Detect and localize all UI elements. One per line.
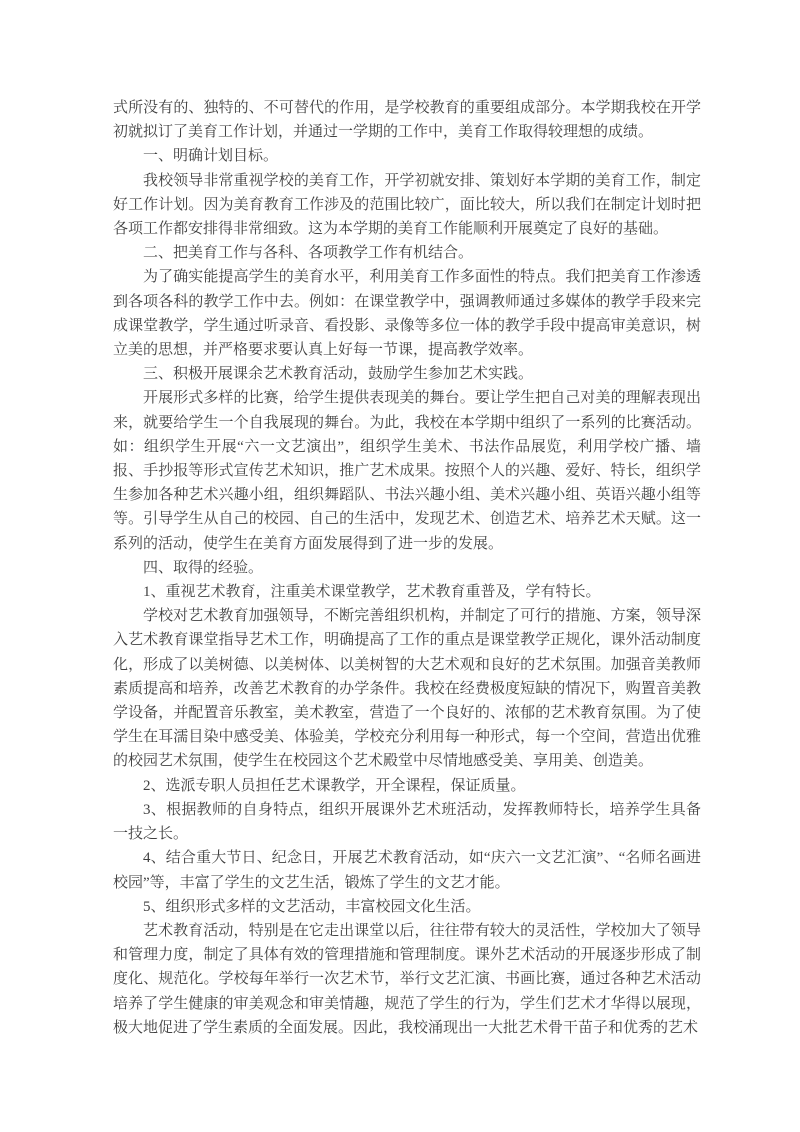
heading-section-3: 三、积极开展课余艺术教育活动，鼓励学生参加艺术实践。 bbox=[113, 362, 701, 386]
paragraph-continuation: 式所没有的、独特的、不可替代的作用，是学校教育的重要组成部分。本学期我校在开学初… bbox=[113, 96, 701, 144]
list-item-2: 2、选派专职人员担任艺术课教学，开全课程，保证质量。 bbox=[113, 774, 701, 798]
list-item-1: 1、重视艺术教育，注重美术课堂教学，艺术教育重普及，学有特长。 bbox=[113, 580, 701, 604]
paragraph-closing: 艺术教育活动，特别是在它走出课堂以后，往往带有较大的灵活性，学校加大了领导和管理… bbox=[113, 919, 701, 1040]
heading-section-1: 一、明确计划目标。 bbox=[113, 144, 701, 168]
paragraph: 为了确实能提高学生的美育水平，利用美育工作多面性的特点。我们把美育工作渗透到各项… bbox=[113, 265, 701, 362]
document-body: 式所没有的、独特的、不可替代的作用，是学校教育的重要组成部分。本学期我校在开学初… bbox=[113, 96, 701, 1040]
paragraph: 开展形式多样的比赛，给学生提供表现美的舞台。要让学生把自己对美的理解表现出来，就… bbox=[113, 386, 701, 555]
heading-section-4: 四、取得的经验。 bbox=[113, 556, 701, 580]
list-item-5: 5、组织形式多样的文艺活动，丰富校园文化生活。 bbox=[113, 895, 701, 919]
paragraph: 学校对艺术教育加强领导，不断完善组织机构，并制定了可行的措施、方案，领导深入艺术… bbox=[113, 604, 701, 773]
list-item-4: 4、结合重大节日、纪念日，开展艺术教育活动，如“庆六一文艺汇演”、“名师名画进校… bbox=[113, 846, 701, 894]
list-item-3: 3、根据教师的自身特点，组织开展课外艺术班活动，发挥教师特长，培养学生具备一技之… bbox=[113, 798, 701, 846]
paragraph: 我校领导非常重视学校的美育工作，开学初就安排、策划好本学期的美育工作，制定好工作… bbox=[113, 169, 701, 242]
heading-section-2: 二、把美育工作与各科、各项教学工作有机结合。 bbox=[113, 241, 701, 265]
document-page: 式所没有的、独特的、不可替代的作用，是学校教育的重要组成部分。本学期我校在开学初… bbox=[0, 0, 800, 1132]
